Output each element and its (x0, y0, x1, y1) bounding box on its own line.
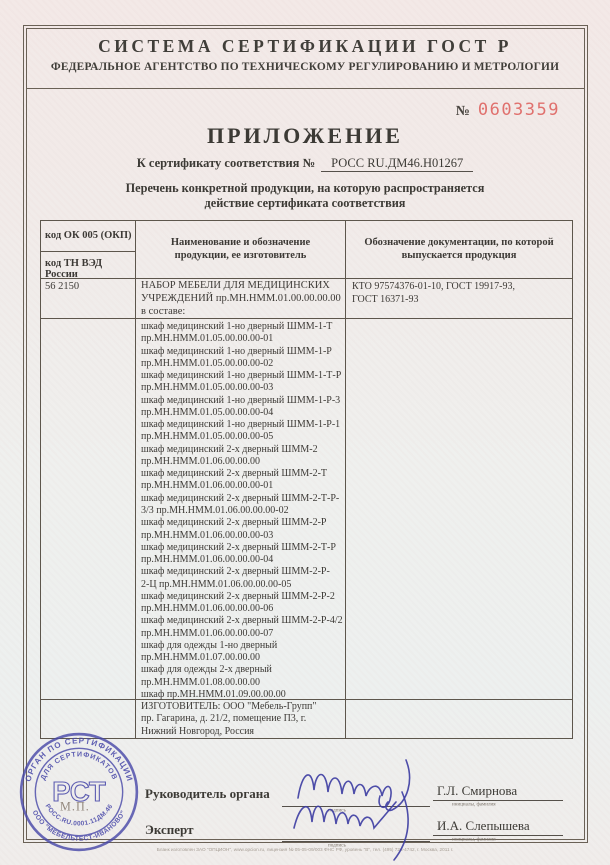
manufacturer-line: пр. Гагарина, д. 21/2, помещение П3, г. (141, 713, 343, 725)
subtitle-line-1: Перечень конкретной продукции, на котору… (0, 181, 610, 196)
product-line: шкаф для одежды 1-но дверный (141, 640, 345, 652)
product-line: 3/3 пр.МН.НММ.01.06.00.00.00-02 (141, 505, 345, 517)
header-divider (27, 88, 584, 89)
product-line: шкаф медицинский 1-но дверный ШММ-1-Р (141, 346, 345, 358)
product-line: пр.МН.НММ.01.05.00.00.00-03 (141, 382, 345, 394)
doc-line: КТО 97574376-01-10, ГОСТ 19917-93, (352, 280, 570, 293)
product-title-cell: НАБОР МЕБЕЛИ ДЛЯ МЕДИЦИНСКИХУЧРЕЖДЕНИЙ п… (136, 279, 346, 319)
product-title-line: в составе: (141, 306, 343, 319)
product-line: шкаф медицинский 2-х дверный ШММ-2-Р-4/2 (141, 615, 345, 627)
head-name: Г.Л. Смирнова (437, 783, 517, 799)
empty-cell (346, 319, 572, 700)
product-line: шкаф медицинский 1-но дверный ШММ-1-Т-Р (141, 370, 345, 382)
docs-cell: КТО 97574376-01-10, ГОСТ 19917-93,ГОСТ 1… (346, 279, 572, 319)
certificate-number-label: К сертификату соответствия № (137, 156, 315, 170)
product-line: шкаф медицинский 2-х дверный ШММ-2-Р-2 (141, 591, 345, 603)
agency-title: ФЕДЕРАЛЬНОЕ АГЕНТСТВО ПО ТЕХНИЧЕСКОМУ РЕ… (0, 61, 610, 73)
expert-name: И.А. Слепышева (437, 818, 530, 834)
product-line: шкаф медицинский 2-х дверный ШММ-2-Т-Р- (141, 493, 345, 505)
okp-code-cell: 56 2150 (41, 279, 136, 319)
certification-stamp-seal: ОРГАН ПО СЕРТИФИКАЦИИ ООО "МЕБЕЛЬТЕСТ-ИВ… (13, 726, 145, 858)
subtitle: Перечень конкретной продукции, на котору… (0, 181, 610, 211)
appendix-title: ПРИЛОЖЕНИЕ (0, 123, 610, 149)
product-line: 2-Ц пр.МН.НММ.01.06.00.00.00-05 (141, 579, 345, 591)
subtitle-line-2: действие сертификата соответствия (0, 196, 610, 211)
certificate-number-line: К сертификату соответствия №РОСС RU.ДМ46… (0, 156, 610, 171)
empty-cell (346, 700, 572, 738)
system-title: СИСТЕМА СЕРТИФИКАЦИИ ГОСТ Р (0, 36, 610, 57)
product-line: пр.МН.НММ.01.06.00.00.00-06 (141, 603, 345, 615)
manufacturer-cell: ИЗГОТОВИТЕЛЬ: ООО "Мебель-Групп"пр. Гага… (136, 700, 346, 738)
role-expert: Эксперт (145, 822, 193, 838)
manufacturer-line: Нижний Новгород, Россия (141, 726, 343, 738)
product-line: шкаф медицинский 2-х дверный ШММ-2-Т-Р (141, 542, 345, 554)
table-header-okp-code: код ОК 005 (ОКП) (41, 221, 135, 252)
certificate-appendix-page: СИСТЕМА СЕРТИФИКАЦИИ ГОСТ Р ФЕДЕРАЛЬНОЕ … (0, 0, 610, 865)
product-line: пр.МН.НММ.01.05.00.00.00-02 (141, 358, 345, 370)
form-number-prefix: № (456, 104, 470, 119)
product-line: шкаф медицинский 2-х дверный ШММ-2-Р (141, 517, 345, 529)
form-number-digits: 0603359 (478, 100, 560, 120)
product-line: шкаф медицинский 2-х дверный ШММ-2-Т (141, 468, 345, 480)
expert-name-caption: инициалы, фамилия (452, 837, 496, 842)
product-line: пр.МН.НММ.01.06.00.00.00-03 (141, 530, 345, 542)
table-header-codes: код ОК 005 (ОКП) код ТН ВЭД России (41, 221, 136, 279)
products-table: код ОК 005 (ОКП) код ТН ВЭД России Наиме… (40, 220, 573, 739)
manufacturer-line: ИЗГОТОВИТЕЛЬ: ООО "Мебель-Групп" (141, 701, 343, 713)
product-line: пр.МН.НММ.01.06.00.00.00-04 (141, 554, 345, 566)
product-line: пр.МН.НММ.01.06.00.00.00-01 (141, 480, 345, 492)
head-name-line (433, 800, 563, 801)
head-name-caption: инициалы, фамилия (452, 802, 496, 807)
empty-cell (41, 319, 136, 700)
table-header-product: Наименование и обозначение продукции, ее… (136, 221, 346, 279)
product-line: шкаф медицинский 1-но дверный ШММ-1-Т (141, 321, 345, 333)
stamp-place-mark: М.П. (60, 799, 90, 813)
product-line: пр.МН.НММ.01.06.00.00.00 (141, 456, 345, 468)
product-line: пр.МН.НММ.01.07.00.00.00 (141, 652, 345, 664)
product-line: пр.МН.НММ.01.05.00.00.00-05 (141, 431, 345, 443)
product-list-cell: шкаф медицинский 1-но дверный ШММ-1-Тпр.… (136, 319, 346, 700)
product-title-line: НАБОР МЕБЕЛИ ДЛЯ МЕДИЦИНСКИХ (141, 280, 343, 293)
product-line: пр.МН.НММ.01.05.00.00.00-01 (141, 333, 345, 345)
product-line: пр.МН.НММ.01.05.00.00.00-04 (141, 407, 345, 419)
product-title-line: УЧРЕЖДЕНИЙ пр.МН.НММ.01.00.00.00.00 (141, 293, 343, 306)
table-header-docs: Обозначение документации, по которой вып… (346, 221, 572, 279)
role-head-of-body: Руководитель органа (145, 786, 270, 802)
product-line: шкаф для одежды 2-х дверный (141, 664, 345, 676)
product-line: шкаф медицинский 2-х дверный ШММ-2 (141, 444, 345, 456)
certificate-number-value: РОСС RU.ДМ46.Н01267 (321, 156, 473, 172)
product-line: пр.МН.НММ.01.08.00.00.00 (141, 677, 345, 689)
doc-line: ГОСТ 16371-93 (352, 293, 570, 306)
table-header-tnved-code: код ТН ВЭД России (41, 252, 135, 280)
form-number: №0603359 (456, 100, 560, 120)
product-line: шкаф медицинский 1-но дверный ШММ-1-Р-1 (141, 419, 345, 431)
handwritten-signature-2 (288, 790, 448, 862)
product-line: шкаф медицинский 2-х дверный ШММ-2-Р- (141, 566, 345, 578)
expert-name-line (433, 835, 563, 836)
product-line: шкаф медицинский 1-но дверный ШММ-1-Р-3 (141, 395, 345, 407)
product-line: пр.МН.НММ.01.06.00.00.00-07 (141, 628, 345, 640)
